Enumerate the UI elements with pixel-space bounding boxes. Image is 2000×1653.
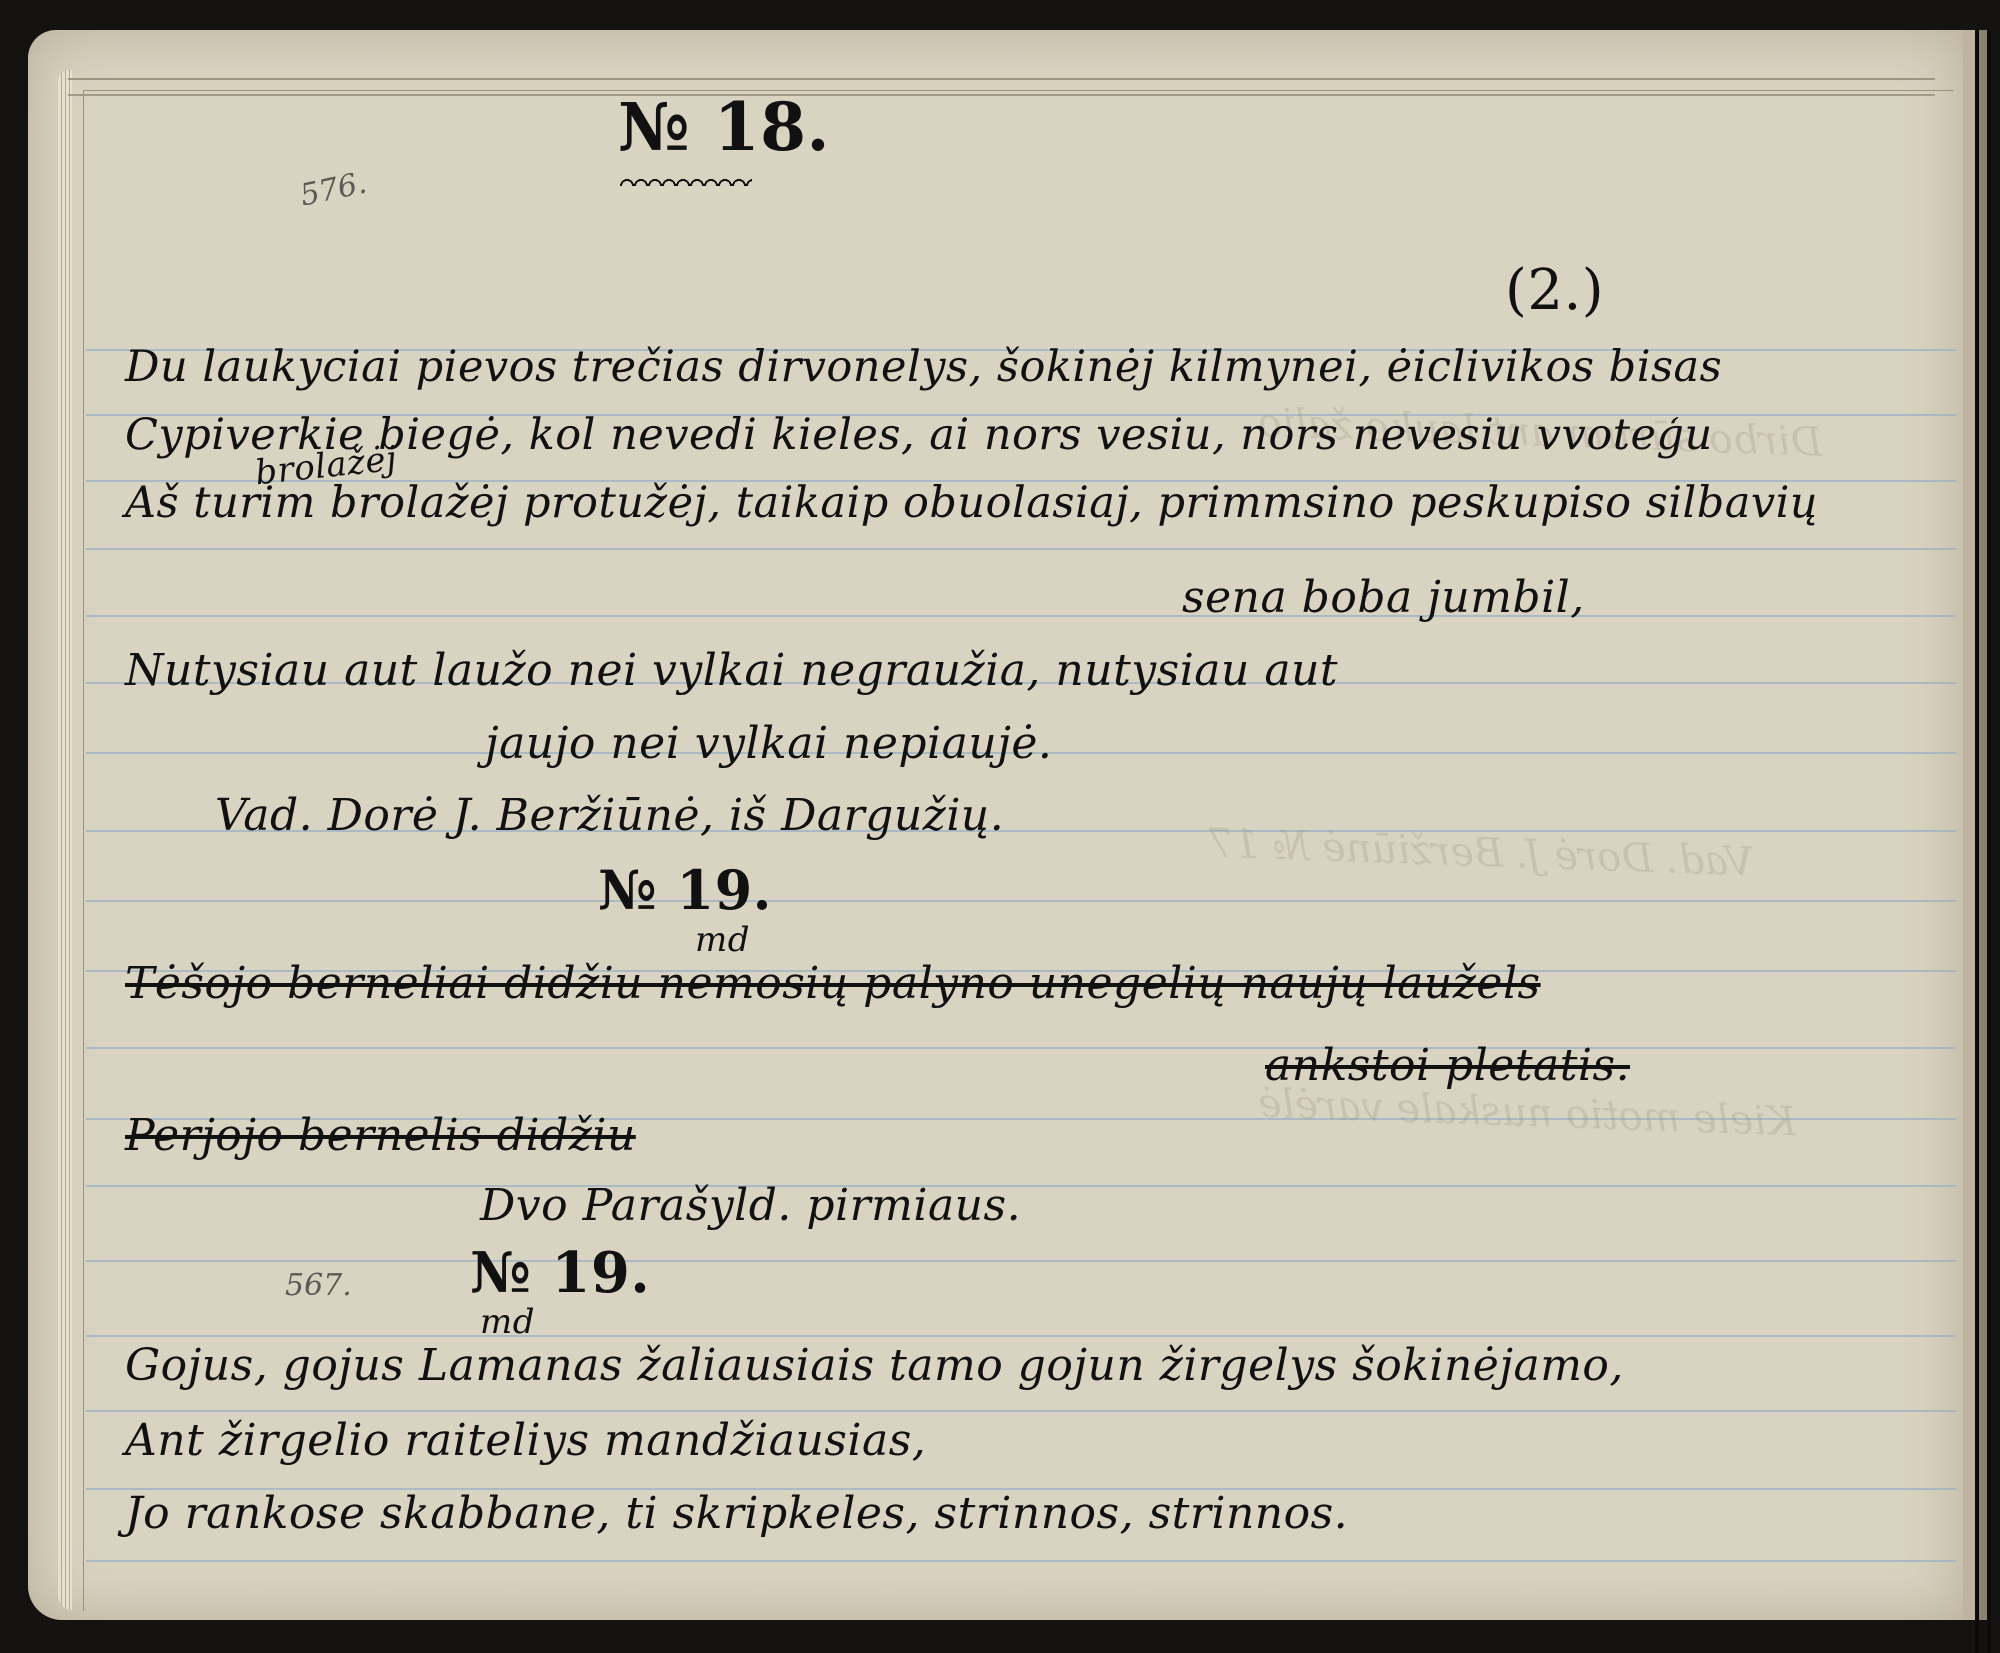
verse-line: Du laukyciai pievos trečias dirvonelys, … xyxy=(125,342,1722,392)
insertion-above: md xyxy=(480,1302,535,1342)
entry-number-heading: № 19. xyxy=(470,1240,650,1306)
note-line: Dvo Parašyld. pirmiaus. xyxy=(480,1180,1021,1231)
entry-number-heading: № 18. xyxy=(618,88,830,166)
ruled-line xyxy=(86,1047,1956,1049)
struck-verse-line: ankstoi pletatis. xyxy=(1265,1040,1630,1091)
verse-insertion: sena boba jumbil, xyxy=(1182,572,1585,623)
ruled-line xyxy=(86,1410,1956,1412)
verse-line: Ant žirgelio raiteliys mandžiausias, xyxy=(125,1415,926,1466)
entry-number-heading: № 19. xyxy=(598,858,772,922)
ruled-line xyxy=(86,1260,1956,1262)
struck-verse-line: Tėšojo berneliai didžiu nemosių palyno u… xyxy=(125,958,1541,1009)
ruled-line xyxy=(86,900,1956,902)
binding-gutter xyxy=(1963,30,1975,1620)
ruled-line xyxy=(86,615,1956,617)
insertion-above: md xyxy=(695,920,750,960)
signature-line: Vad. Dorė J. Beržiūnė, iš Dargužių. xyxy=(215,790,1004,841)
verse-line: Aš turim brolažėj protužėj, taikaip obuo… xyxy=(125,478,1818,528)
verse-line: jaujo nei vylkai nepiaujė. xyxy=(485,718,1052,769)
ruled-line xyxy=(86,1560,1956,1562)
binding-gutter xyxy=(1979,30,1987,1620)
heading-underline xyxy=(620,172,752,186)
verse-line: Jo rankose skabbane, ti skripkeles, stri… xyxy=(125,1488,1348,1539)
ruled-line xyxy=(86,548,1956,550)
section-marker: (2.) xyxy=(1505,258,1604,323)
ruled-line xyxy=(86,1335,1956,1337)
verse-line: Gojus, gojus Lamanas žaliausiais tamo go… xyxy=(125,1340,1624,1391)
verse-line: Nutysiau aut laužo nei vylkai negraužia,… xyxy=(125,645,1338,696)
binding-edge xyxy=(1987,30,1991,1653)
page-edge-stack xyxy=(58,70,72,1610)
page-number-pencil: 567. xyxy=(285,1268,352,1303)
struck-verse-line: Perjojo bernelis didžiu xyxy=(125,1110,636,1161)
